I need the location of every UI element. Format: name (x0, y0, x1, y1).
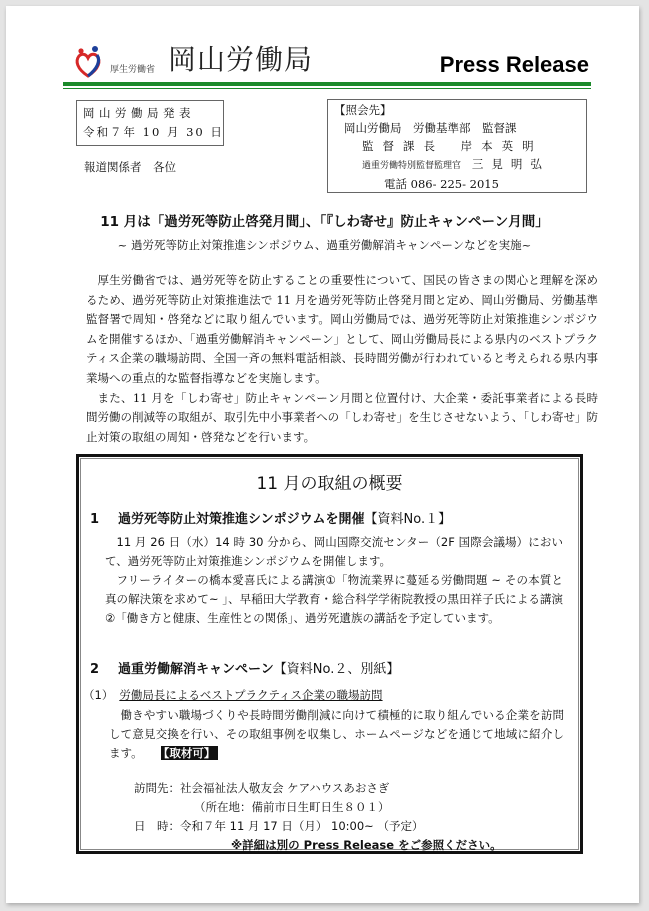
press-release-label: Press Release (440, 52, 589, 78)
headline: 11 月は「過労死等防止啓発月間」、「『しわ寄せ』防止キャンペーン月間」 (0, 210, 649, 230)
subheadline: ~ 過労死等防止対策推進シンポジウム、過重労働解消キャンペーンなどを実施~ (0, 237, 649, 253)
visit-address: （所在地：備前市日生町日生８０１） (134, 798, 502, 817)
contact-name-1: 岸本英明 (461, 139, 543, 153)
contact-name-2: 三見明弘 (472, 157, 550, 171)
body-paragraph: 厚生労働省では、過労死等を防止することの重要性について、国民の皆さまの関心と理解… (86, 271, 598, 389)
summary-title: 11 月の取組の概要 (79, 469, 580, 494)
body-text: 厚生労働省では、過労死等を防止することの重要性について、国民の皆さまの関心と理解… (86, 271, 598, 447)
issue-date: 令和７年 10 月 30 日 (83, 123, 223, 142)
contact-role-1: 監督課長 (362, 139, 444, 153)
recipients: 報道関係者 各位 (84, 159, 176, 175)
section-2-ref: 【資料No.２、別紙】 (274, 662, 400, 677)
bureau-name: 岡山労働局 (168, 42, 313, 78)
visit-datetime: 日 時：令和７年 11 月 17 日（月） 10:00~ （予定） (134, 817, 502, 836)
contact-box: 【照会先】 岡山労働局 労働基準部 監督課 監督課長 岸本英明 過重労働特別監督… (327, 99, 587, 193)
contact-person-2: 過重労働特別監督監理官 三見明弘 (334, 155, 586, 175)
summary-box: 11 月の取組の概要 1過労死等防止対策推進シンポジウムを開催【資料No.１】 … (76, 454, 583, 854)
section-2-heading: 2過重労働解消キャンペーン【資料No.２、別紙】 (90, 658, 399, 677)
issuer-box: 岡山労働局発表 令和７年 10 月 30 日 (76, 100, 224, 146)
section-1-ref: 【資料No.１】 (365, 512, 452, 527)
section-1-body: 11 月 26 日（水）14 時 30 分から、岡山国際交流センター（2F 国際… (105, 533, 563, 628)
section-1-heading: 1過労死等防止対策推進シンポジウムを開催【資料No.１】 (90, 508, 451, 527)
visit-place: 訪問先：社会福祉法人敬友会 ケアハウスあおさぎ (134, 779, 502, 798)
contact-phone: 電話 086‐ 225‐ 2015 (334, 175, 586, 193)
subsection-1-body: 働きやすい職場づくりや長時間労働削減に向けて積極的に取り組んでいる企業を訪問して… (109, 706, 564, 763)
header-rule (63, 82, 591, 86)
contact-label: 【照会先】 (334, 101, 586, 119)
ministry-name: 厚生労働省 (110, 62, 155, 75)
body-paragraph: また、11 月を「しわ寄せ」防止キャンペーン月間と位置付け、大企業・委託事業者に… (86, 389, 598, 448)
issuer-line: 岡山労働局発表 (83, 104, 223, 123)
subsection-1-heading: （1）労働局長によるベストプラクティス企業の職場訪問 (83, 687, 383, 703)
press-coverage-badge: 【取材可】 (161, 746, 219, 760)
contact-role-2: 過重労働特別監督監理官 (362, 161, 461, 171)
header-rule-thin (63, 88, 591, 89)
visit-details: 訪問先：社会福祉法人敬友会 ケアハウスあおさぎ （所在地：備前市日生町日生８０１… (134, 779, 502, 855)
contact-dept: 岡山労働局 労働基準部 監督課 (334, 119, 586, 137)
contact-person-1: 監督課長 岸本英明 (334, 137, 586, 155)
mhlw-logo-icon (73, 45, 103, 79)
visit-note: ※詳細は別の Press Release をご参照ください。 (134, 836, 502, 855)
